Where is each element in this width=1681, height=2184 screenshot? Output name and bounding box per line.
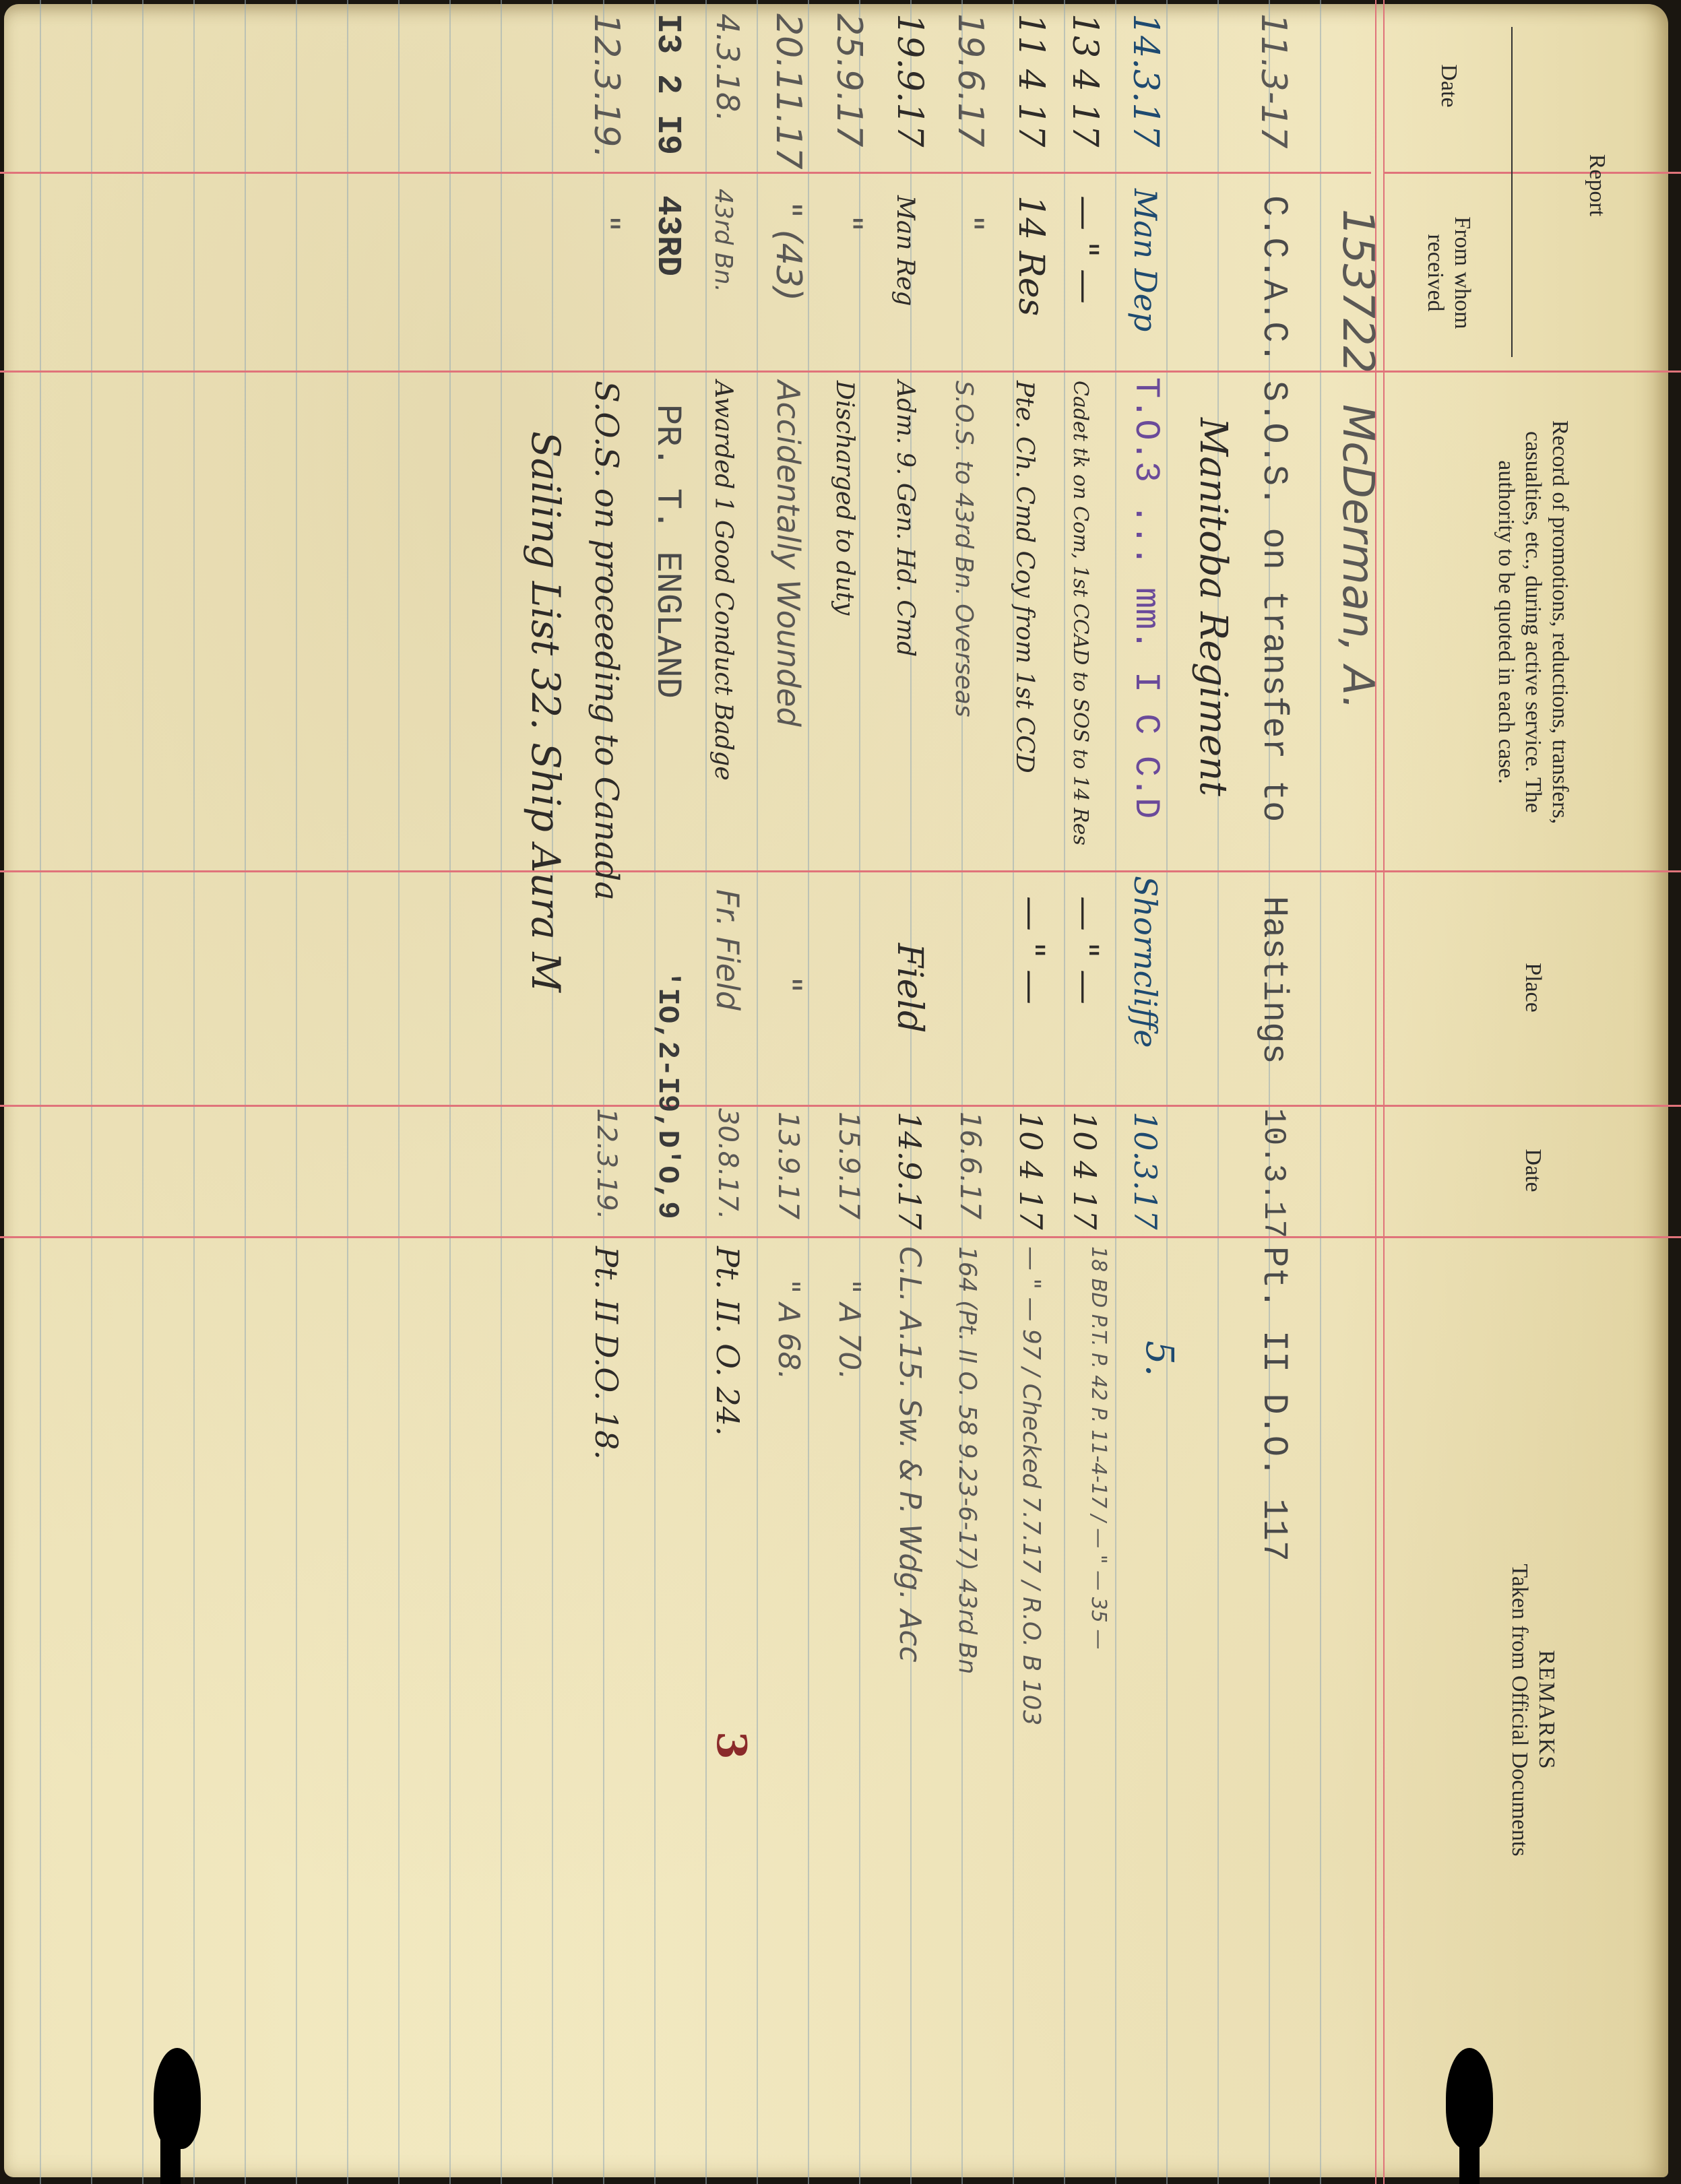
record-entry: Sailing List 32. Ship Aura M — [526, 431, 566, 992]
from-whom: " — [829, 216, 869, 232]
date: 12.3.19. — [586, 1108, 627, 1219]
report-date: 19.6.17 — [950, 13, 990, 147]
remarks: 164 (Pt. II O. 58 9.23-6-17) 43rd Bn — [947, 1246, 987, 1674]
place: Shorncliffe — [1125, 876, 1166, 1048]
scanned-page: Report Date From whom received Record of… — [0, 0, 1681, 2184]
report-date: 13 4 17 — [1065, 13, 1105, 147]
soldier-name: McDerman, A. — [1337, 404, 1378, 710]
remarks: Pt. II D.O. 18. — [586, 1246, 627, 1460]
binder-hole — [160, 2132, 181, 2184]
from-whom: 43rd Bn. — [703, 189, 743, 292]
record-entry: Discharged to duty — [824, 381, 864, 615]
record-entry: PR. T. ENGLAND — [647, 404, 687, 699]
record-entry: Pte. Ch. Cmd Coy from 1st CCD — [1004, 381, 1044, 773]
date: 10.3.17 — [1125, 1112, 1166, 1230]
from-whom: — " — — [1065, 195, 1105, 304]
header-report-date: Date — [1385, 0, 1513, 172]
record-entry: Manitoba Regiment — [1193, 418, 1233, 796]
date: 10 4 17 — [1011, 1112, 1051, 1230]
remarks: C.L. A.15. Sw. & P. Wdg. Acc — [889, 1246, 930, 1663]
from-whom: " — [950, 216, 990, 232]
report-date: 19.9.17 — [889, 13, 930, 147]
column-divider — [0, 172, 1371, 174]
report-date: 25.9.17 — [829, 13, 869, 147]
place: — " — — [1065, 896, 1105, 1004]
from-whom: Man Reg — [885, 195, 925, 306]
red-annotation: 3 — [711, 1731, 751, 1760]
service-record-ledger: Report Date From whom received Record of… — [0, 0, 1681, 2184]
record-entry: Cadet tk on Com, 1st CCAD to SOS to 14 R… — [1060, 381, 1100, 845]
record-entry: Adm. 9. Gen. Hd. Cmd — [885, 381, 925, 657]
record-entry-stamp: T.O.3 ... mm. I C C.D — [1125, 377, 1166, 818]
remarks: — " — 97 / Checked 7.7.17 / R.O. B 103 — [1011, 1246, 1051, 1726]
header-report-label: Report — [1583, 154, 1610, 217]
record-entry: S.O.S. on transfer to — [1253, 381, 1294, 822]
date: 30.8.17. — [707, 1108, 748, 1219]
from-whom: 43RD — [647, 195, 687, 276]
report-date: 4.3.18. — [707, 13, 748, 122]
date: 15.9.17 — [829, 1112, 869, 1219]
from-whom: " — [586, 216, 627, 232]
place: Hastings — [1253, 896, 1294, 1064]
place: Fr. Field — [707, 889, 748, 1010]
header-place: Place — [1385, 870, 1681, 1105]
from-whom: C.C.A.C. — [1253, 195, 1294, 364]
header-date: Date — [1385, 1105, 1681, 1236]
report-date: I3 2 I9 — [647, 13, 687, 155]
place: — " — — [1011, 896, 1051, 1004]
remarks: 18 BD P.T. P. 42 P. 11-4-17 / — " — 35 — — [1078, 1246, 1118, 1649]
remarks: Pt. II D.O. 117 — [1253, 1246, 1294, 1562]
remarks: 5. — [1139, 1341, 1179, 1376]
record-entry: Awarded 1 Good Conduct Badge — [703, 381, 743, 781]
remarks: Pt. II. O. 24. — [707, 1246, 748, 1436]
report-date: 11.3-17 — [1253, 13, 1294, 149]
header-from-whom: From whom received — [1385, 175, 1513, 371]
place: Field — [889, 943, 930, 1033]
report-date: 11 4 17 — [1011, 13, 1051, 147]
binder-hole — [1459, 2132, 1480, 2184]
date: 16.6.17 — [950, 1112, 990, 1219]
date: 10 4 17 — [1065, 1112, 1105, 1230]
record-entry: S.O.S. on proceeding to Canada — [586, 381, 627, 901]
column-divider — [0, 371, 1681, 373]
record-entry: S.O.S. to 43rd Bn. Overseas — [943, 381, 984, 717]
from-whom: Man Dep — [1125, 189, 1166, 331]
header-report: Report — [1513, 0, 1681, 371]
date: 13.9.17 — [768, 1112, 808, 1219]
remarks: " A 70. — [829, 1280, 869, 1380]
report-date: 12.3.19. — [586, 13, 627, 158]
date: 14.9.17 — [889, 1112, 930, 1230]
place: " — [768, 977, 808, 993]
report-date: 14.3.17 — [1125, 13, 1166, 147]
date: 'IO,2-I9,D'O,9 — [647, 970, 687, 1219]
from-whom: 14 Res — [1011, 195, 1051, 316]
regimental-number: 153722 — [1337, 209, 1378, 373]
header-record: Record of promotions, reductions, transf… — [1385, 374, 1681, 870]
header-remarks: REMARKS Taken from Official Documents — [1385, 1236, 1681, 2184]
remarks: " A 68. — [768, 1280, 808, 1380]
date: 10.3.17 — [1253, 1108, 1294, 1238]
from-whom: " (43) — [768, 202, 808, 301]
record-entry: Accidentally Wounded — [768, 381, 808, 727]
report-date: 20.11.17 — [768, 13, 808, 170]
